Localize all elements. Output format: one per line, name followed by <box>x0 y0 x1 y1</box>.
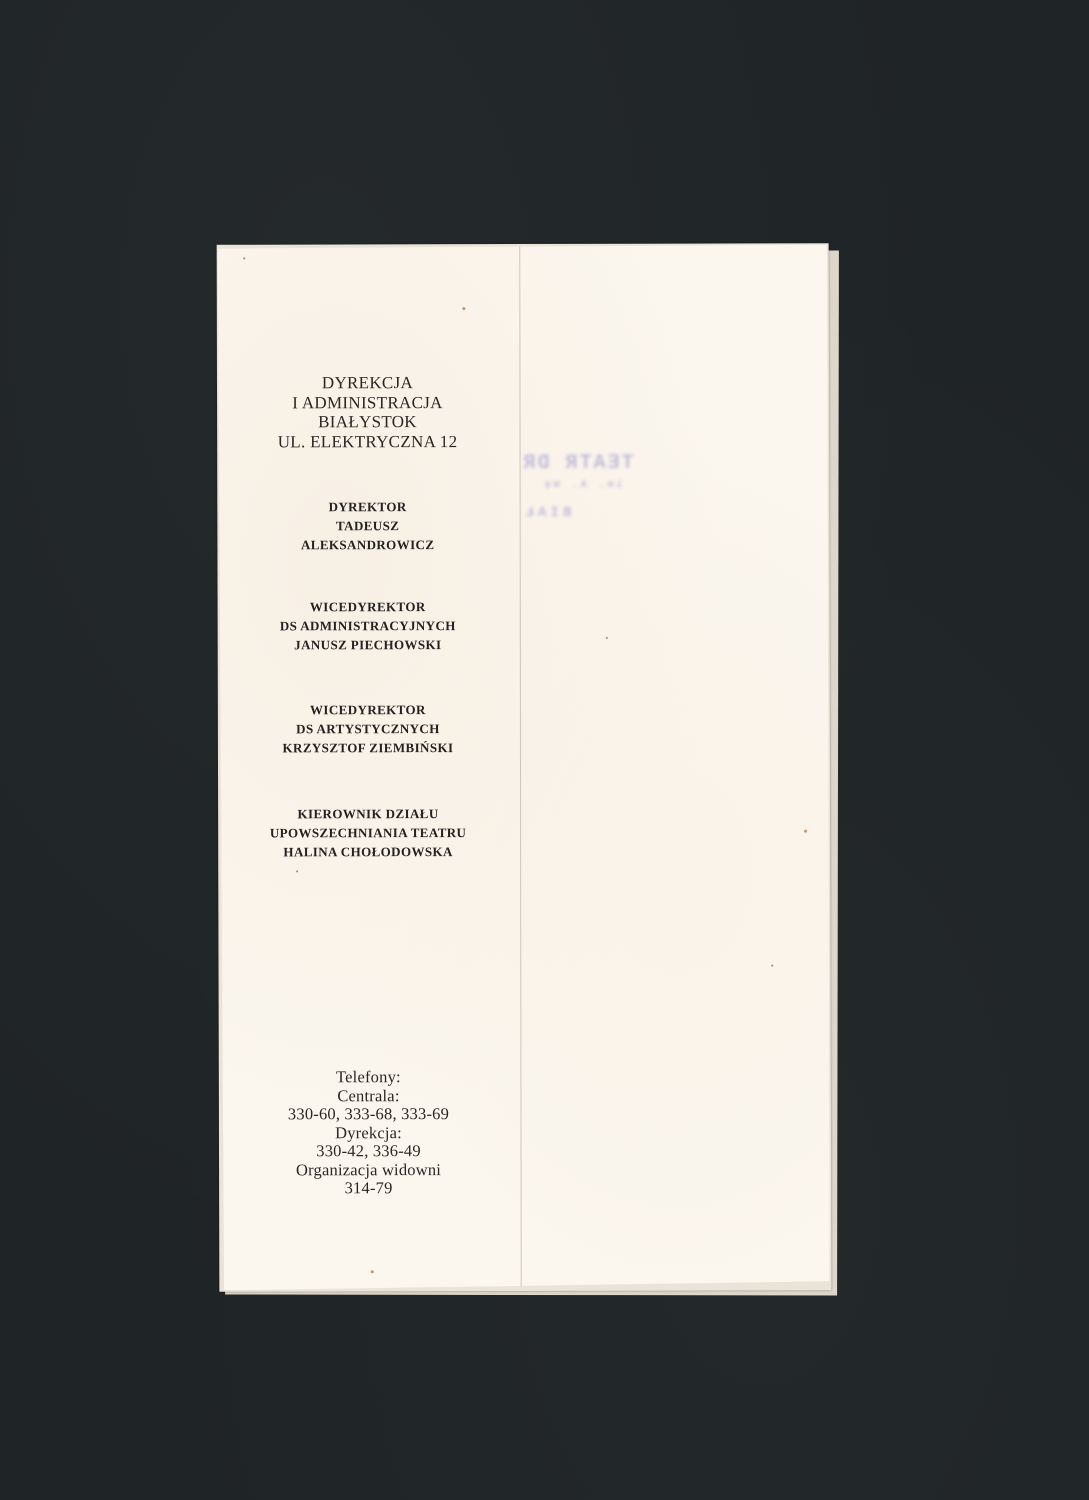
stamp-line: TEATR DR <box>522 452 634 475</box>
stamp-line: BIAŁ <box>522 505 572 521</box>
dyrekcja-numbers: 330-42, 336-49 <box>217 1142 521 1161</box>
address-line: BIAŁYSTOK <box>216 412 520 432</box>
staff-deputy-artistic: WICEDYREKTOR DS ARTYSTYCZNYCH KRZYSZTOF … <box>216 700 520 757</box>
phones-heading: Telefony: <box>216 1068 520 1087</box>
phone-directory: Telefony: Centrala: 330-60, 333-68, 333-… <box>216 1068 520 1198</box>
widownia-label: Organizacja widowni <box>217 1161 521 1180</box>
paper-speck <box>606 637 608 639</box>
staff-outreach-head: KIEROWNIK DZIAŁU UPOWSZECHNIANIA TEATRU … <box>216 804 520 861</box>
stamp-line: im. A. Wę <box>542 480 623 491</box>
staff-name: JANUSZ PIECHOWSKI <box>216 635 520 654</box>
paper-speck <box>371 1270 374 1273</box>
paper-speck <box>804 830 807 833</box>
staff-title: DYREKTOR <box>216 497 520 516</box>
staff-subtitle: DS ARTYSTYCZNYCH <box>216 719 520 738</box>
centrala-numbers: 330-60, 333-68, 333-69 <box>216 1105 520 1124</box>
address-line: UL. ELEKTRYCZNA 12 <box>216 432 520 452</box>
widownia-numbers: 314-79 <box>217 1179 521 1198</box>
paper-speck <box>771 965 773 967</box>
address-block: DYREKCJA I ADMINISTRACJA BIAŁYSTOK UL. E… <box>215 373 519 451</box>
stamp-bleedthrough: TEATR DR im. A. Wę BIAŁ <box>522 450 642 540</box>
paper-speck <box>462 307 465 310</box>
staff-title: KIEROWNIK DZIAŁU <box>216 804 520 823</box>
staff-subtitle: UPOWSZECHNIANIA TEATRU <box>216 823 520 842</box>
dyrekcja-label: Dyrekcja: <box>216 1124 520 1143</box>
address-line: I ADMINISTRACJA <box>215 393 519 413</box>
staff-title: WICEDYREKTOR <box>216 597 520 616</box>
staff-director: DYREKTOR TADEUSZ ALEKSANDROWICZ <box>216 497 520 554</box>
staff-deputy-admin: WICEDYREKTOR DS ADMINISTRACYJNYCH JANUSZ… <box>216 597 520 654</box>
staff-subtitle: DS ADMINISTRACYJNYCH <box>216 616 520 635</box>
program-page: DYREKCJA I ADMINISTRACJA BIAŁYSTOK UL. E… <box>215 245 829 1291</box>
staff-title: WICEDYREKTOR <box>216 700 520 719</box>
staff-name: HALINA CHOŁODOWSKA <box>216 842 520 861</box>
left-panel: DYREKCJA I ADMINISTRACJA BIAŁYSTOK UL. E… <box>215 245 520 1290</box>
address-line: DYREKCJA <box>215 373 519 393</box>
paper-speck <box>296 870 298 872</box>
staff-name: KRZYSZTOF ZIEMBIŃSKI <box>216 738 520 757</box>
centrala-label: Centrala: <box>216 1087 520 1106</box>
staff-subtitle: TADEUSZ <box>216 516 520 535</box>
staff-name: ALEKSANDROWICZ <box>216 535 520 554</box>
paper-speck <box>243 257 245 259</box>
